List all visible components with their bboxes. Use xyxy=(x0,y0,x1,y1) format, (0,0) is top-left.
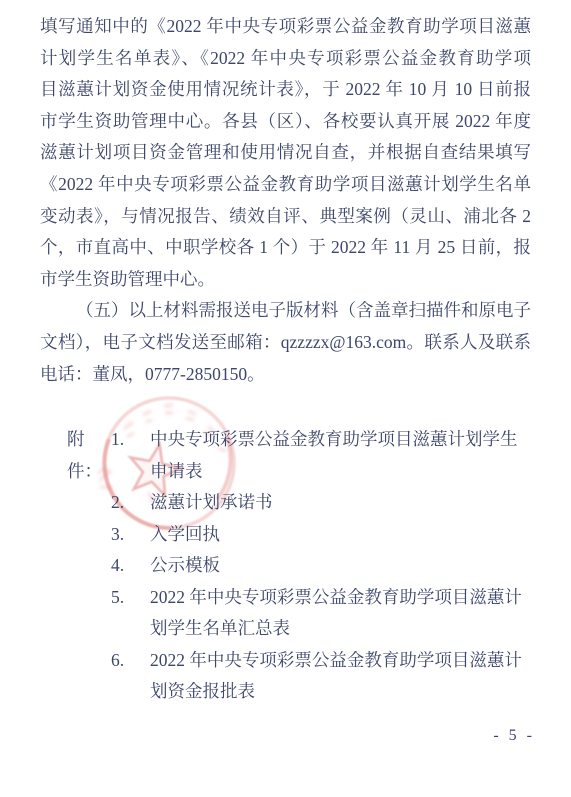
attachments-list: 附件： 1. 中央专项彩票公益金教育助学项目滋蕙计划学生 申请表 2. 滋蕙计划… xyxy=(67,424,537,708)
attachment-text-line: 入学回执 xyxy=(150,519,537,551)
attachment-text: 中央专项彩票公益金教育助学项目滋蕙计划学生 申请表 xyxy=(150,424,537,487)
attachment-text-line: 2022 年中央专项彩票公益金教育助学项目滋蕙计 xyxy=(150,582,537,614)
body-line: 市学生资助管理中心。各县（区）、各校要认真开展 2022 年度 xyxy=(40,106,531,138)
attachment-text: 入学回执 xyxy=(150,519,537,551)
attachment-number: 2. xyxy=(111,487,150,519)
attachment-number: 3. xyxy=(111,519,150,551)
attachment-text-line: 申请表 xyxy=(150,456,537,488)
body-line: 滋蕙计划项目资金管理和使用情况自查，并根据自查结果填写 xyxy=(40,137,531,169)
attachment-item: 5. 2022 年中央专项彩票公益金教育助学项目滋蕙计 划学生名单汇总表 xyxy=(67,582,537,645)
body-line: 《2022 年中央专项彩票公益金教育助学项目滋蕙计划学生名单 xyxy=(40,169,531,201)
attachment-item: 4. 公示模板 xyxy=(67,550,537,582)
body-line: 变动表》，与情况报告、绩效自评、典型案例（灵山、浦北各 2 xyxy=(40,201,531,233)
document-body: 填写通知中的《2022 年中央专项彩票公益金教育助学项目滋蕙 计划学生名单表》、… xyxy=(40,11,531,390)
body-line: 计划学生名单表》、《2022 年中央专项彩票公益金教育助学项 xyxy=(40,43,531,75)
attachment-item: 3. 入学回执 xyxy=(67,519,537,551)
body-line: 个，市直高中、中职学校各 1 个）于 2022 年 11 月 25 日前，报 xyxy=(40,232,531,264)
attachment-number: 1. xyxy=(111,424,150,456)
attachment-text-line: 滋蕙计划承诺书 xyxy=(150,487,537,519)
body-line: 填写通知中的《2022 年中央专项彩票公益金教育助学项目滋蕙 xyxy=(40,11,531,43)
body-line: 文档），电子文档发送至邮箱：qzzzzx@163.com。联系人及联系 xyxy=(40,327,531,359)
attachment-number: 5. xyxy=(111,582,150,614)
attachment-item: 2. 滋蕙计划承诺书 xyxy=(67,487,537,519)
body-line: 电话：董凤，0777-2850150。 xyxy=(40,359,531,391)
attachment-number: 6. xyxy=(111,645,150,677)
attachments-label: 附件： xyxy=(67,424,111,487)
attachment-text: 2022 年中央专项彩票公益金教育助学项目滋蕙计 划资金报批表 xyxy=(150,645,537,708)
page-number: - 5 - xyxy=(493,727,535,745)
attachment-text-line: 公示模板 xyxy=(150,550,537,582)
body-line: （五）以上材料需报送电子版材料（含盖章扫描件和原电子 xyxy=(40,295,531,327)
attachment-number: 4. xyxy=(111,550,150,582)
body-line: 市学生资助管理中心。 xyxy=(40,264,531,296)
attachment-text: 2022 年中央专项彩票公益金教育助学项目滋蕙计 划学生名单汇总表 xyxy=(150,582,537,645)
body-line: 目滋蕙计划资金使用情况统计表》，于 2022 年 10 月 10 日前报 xyxy=(40,74,531,106)
attachment-text-line: 划学生名单汇总表 xyxy=(150,613,537,645)
attachment-text-line: 划资金报批表 xyxy=(150,676,537,708)
attachment-text-line: 2022 年中央专项彩票公益金教育助学项目滋蕙计 xyxy=(150,645,537,677)
attachment-text: 滋蕙计划承诺书 xyxy=(150,487,537,519)
document-page: 填写通知中的《2022 年中央专项彩票公益金教育助学项目滋蕙 计划学生名单表》、… xyxy=(0,0,571,797)
attachment-text-line: 中央专项彩票公益金教育助学项目滋蕙计划学生 xyxy=(150,424,537,456)
attachment-item: 6. 2022 年中央专项彩票公益金教育助学项目滋蕙计 划资金报批表 xyxy=(67,645,537,708)
attachment-text: 公示模板 xyxy=(150,550,537,582)
attachment-item: 附件： 1. 中央专项彩票公益金教育助学项目滋蕙计划学生 申请表 xyxy=(67,424,537,487)
